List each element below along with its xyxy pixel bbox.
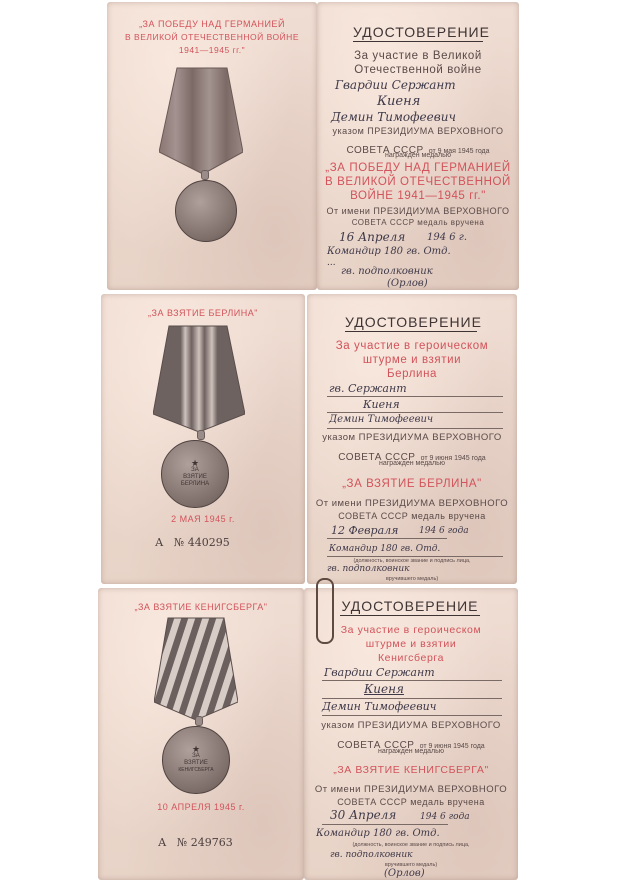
doc3-signature-2: (должность, воинское звание и подпись ли… — [304, 842, 518, 848]
doc2-presented-1: От имени ПРЕЗИДИУМА ВЕРХОВНОГО — [307, 498, 517, 509]
doc2-left-page: „ЗА ВЗЯТИЕ БЕРЛИНА" ★ ЗА ВЗЯТИЕ БЕРЛИНА … — [101, 294, 305, 584]
doc1-awarded: награжден медалью — [317, 152, 519, 159]
medal-victory-icon — [175, 180, 237, 242]
doc1-left-page: „ЗА ПОБЕДУ НАД ГЕРМАНИЕЙ В ВЕЛИКОЙ ОТЕЧЕ… — [107, 2, 317, 290]
doc3-decree-1: указом ПРЕЗИДИУМА ВЕРХОВНОГО — [304, 720, 518, 731]
divider — [322, 680, 502, 681]
doc1-decree-1: указом ПРЕЗИДИУМА ВЕРХОВНОГО — [317, 126, 519, 136]
medal-ring-icon — [197, 430, 205, 440]
doc3-signature-1: Командир 180 гв. Отд. — [316, 828, 440, 839]
doc3-surname: Киеня — [364, 682, 404, 696]
doc3-awarded: награжден медалью — [304, 748, 518, 755]
doc3-rank: Гвардии Сержант — [324, 666, 435, 679]
doc3-medal-inscription-2: ВЗЯТИЕ — [184, 760, 208, 767]
doc3-date: 30 Апреля — [330, 808, 396, 822]
doc1-year: 194 6 г. — [427, 232, 467, 243]
doc1-signature-3: гв. подполковник — [341, 266, 433, 277]
doc3-participation-3: Кенигсберга — [304, 652, 518, 664]
doc1-presented-2: СОВЕТА СССР медаль вручена — [317, 218, 519, 227]
divider — [327, 556, 503, 557]
doc3-year: 194 6 года — [420, 812, 470, 822]
medal-ring-icon — [201, 170, 209, 180]
doc3-serial: А № 249763 — [158, 836, 233, 849]
doc2-medal-name: „ЗА ВЗЯТИЕ БЕРЛИНА" — [307, 478, 517, 490]
doc1-medal-title-3: 1941—1945 гг." — [107, 45, 317, 55]
divider — [327, 396, 503, 397]
doc2-presented-2: СОВЕТА СССР медаль вручена — [307, 511, 517, 521]
doc1-date: 16 Апреля — [339, 230, 405, 244]
divider — [327, 428, 503, 429]
doc2-serial-number: № 440295 — [174, 536, 230, 549]
doc1-signature-name: (Орлов) — [387, 278, 428, 289]
doc3-serial-prefix: А — [158, 836, 166, 849]
ribbon-icon — [154, 616, 238, 722]
medal-ring-icon — [195, 716, 203, 726]
doc2-heading: УДОСТОВЕРЕНИЕ — [345, 314, 477, 332]
doc2-date: 12 Февраля — [331, 524, 398, 537]
doc1-surname: Киеня — [377, 94, 420, 109]
doc2-serial-prefix: А — [155, 536, 163, 549]
doc2-decree-1: указом ПРЕЗИДИУМА ВЕРХОВНОГО — [307, 432, 517, 443]
doc1-heading: УДОСТОВЕРЕНИЕ — [353, 24, 483, 42]
doc3-presented-2: СОВЕТА СССР медаль вручена — [304, 797, 518, 807]
doc3-participation-2: штурме и взятии — [304, 638, 518, 650]
doc1-presented-1: От имени ПРЕЗИДИУМА ВЕРХОВНОГО — [317, 206, 519, 216]
doc3-presented-1: От имени ПРЕЗИДИУМА ВЕРХОВНОГО — [304, 784, 518, 795]
doc1-signature-1: Командир 180 гв. Отд. — [327, 246, 451, 257]
ribbon-icon — [153, 324, 245, 434]
doc2-right-page: УДОСТОВЕРЕНИЕ За участие в героическом ш… — [307, 294, 517, 584]
doc1-medal-name-3: ВОЙНЕ 1941—1945 гг." — [317, 190, 519, 202]
divider — [327, 538, 447, 539]
doc1-right-page: УДОСТОВЕРЕНИЕ За участие в Великой Отече… — [317, 2, 519, 290]
divider — [322, 698, 502, 699]
doc3-signature-3: гв. подполковник — [330, 850, 413, 860]
medal-konigsberg-icon: ★ ЗА ВЗЯТИЕ КЕНИГСБЕРГА — [162, 726, 230, 794]
doc2-medal-inscription-3: БЕРЛИНА — [181, 481, 209, 488]
doc3-medal-inscription-3: КЕНИГСБЕРГА — [178, 767, 213, 774]
divider — [322, 824, 448, 825]
doc2-participation-3: Берлина — [307, 368, 517, 380]
doc3-heading: УДОСТОВЕРЕНИЕ — [340, 598, 480, 616]
doc2-signature-1: Командир 180 гв. Отд. — [329, 544, 440, 554]
doc2-surname: Киеня — [363, 398, 400, 411]
doc3-date: 10 АПРЕЛЯ 1945 г. — [98, 802, 304, 812]
doc2-name: Демин Тимофеевич — [329, 414, 433, 425]
doc3-left-page: „ЗА ВЗЯТИЕ КЕНИГСБЕРГА" ★ ЗА ВЗЯТИЕ КЕНИ… — [98, 588, 304, 880]
doc1-medal-title-2: В ВЕЛИКОЙ ОТЕЧЕСТВЕННОЙ ВОЙНЕ — [107, 32, 317, 42]
doc2-signature-caption: вручившего медаль) — [307, 576, 517, 582]
doc3-medal-name: „ЗА ВЗЯТИЕ КЕНИГСБЕРГА" — [304, 764, 518, 776]
doc1-participation-2: Отечественной войне — [317, 64, 519, 76]
doc2-medal-inscription-2: ВЗЯТИЕ — [183, 474, 207, 481]
doc1-signature-2: ... — [327, 258, 336, 268]
doc3-signature-name: (Орлов) — [384, 868, 425, 879]
doc2-medal-title: „ЗА ВЗЯТИЕ БЕРЛИНА" — [101, 308, 305, 318]
doc2-participation-2: штурме и взятии — [307, 354, 517, 366]
doc1-medal-name-2: В ВЕЛИКОЙ ОТЕЧЕСТВЕННОЙ — [317, 176, 519, 188]
doc1-rank: Гвардии Сержант — [335, 78, 456, 92]
doc1-medal-title-1: „ЗА ПОБЕДУ НАД ГЕРМАНИЕЙ — [107, 19, 317, 29]
doc2-participation-1: За участие в героическом — [307, 340, 517, 352]
doc3-participation-1: За участие в героическом — [304, 624, 518, 636]
ribbon-icon — [159, 66, 243, 176]
doc2-signature-3: гв. подполковник — [327, 564, 410, 574]
doc3-name: Демин Тимофеевич — [322, 700, 437, 713]
doc3-medal-inscription-1: ЗА — [192, 753, 200, 760]
divider — [327, 412, 503, 413]
doc1-name: Демин Тимофеевич — [331, 110, 456, 124]
doc2-year: 194 6 года — [419, 526, 469, 536]
doc1-participation-1: За участие в Великой — [317, 50, 519, 62]
doc3-medal-title: „ЗА ВЗЯТИЕ КЕНИГСБЕРГА" — [98, 602, 304, 612]
doc2-awarded: награжден медалью — [307, 460, 517, 467]
doc3-right-page: УДОСТОВЕРЕНИЕ За участие в героическом ш… — [304, 588, 518, 880]
doc3-serial-number: № 249763 — [177, 836, 233, 849]
doc2-medal-inscription-1: ЗА — [191, 467, 199, 474]
doc2-serial: А № 440295 — [155, 536, 230, 549]
doc2-rank: гв. Сержант — [329, 382, 407, 395]
divider — [322, 715, 502, 716]
doc1-medal-name-1: „ЗА ПОБЕДУ НАД ГЕРМАНИЕЙ — [317, 162, 519, 174]
medal-berlin-icon: ★ ЗА ВЗЯТИЕ БЕРЛИНА — [161, 440, 229, 508]
doc2-date: 2 МАЯ 1945 г. — [101, 514, 305, 524]
